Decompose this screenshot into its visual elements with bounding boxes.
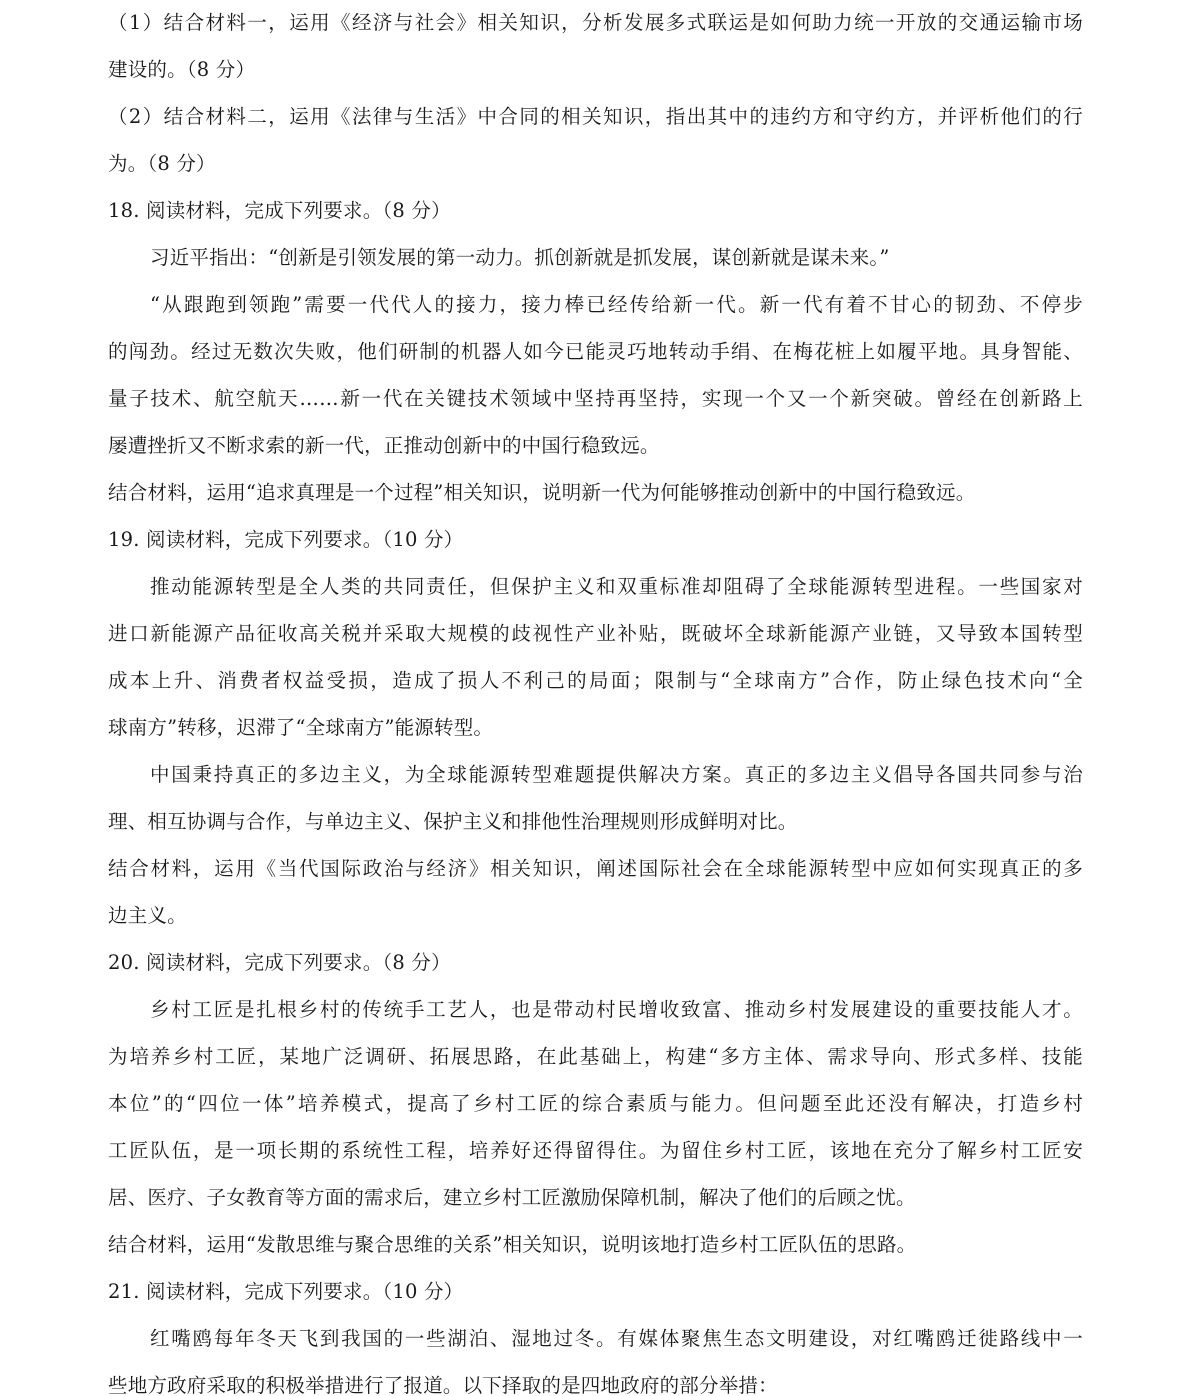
question-19-material-2-line-1: 中国秉持真正的多边主义，为全球能源转型难题提供解决方案。真正的多边主义倡导各国共… xyxy=(150,762,1083,788)
question-20-material-line-5: 居、医疗、子女教育等方面的需求后，建立乡村工匠激励保障机制，解决了他们的后顾之忧… xyxy=(108,1185,1083,1211)
question-18-material-line-2: 的闯劲。经过无数次失败，他们研制的机器人如今已能灵巧地转动手绢、在梅花桩上如履平… xyxy=(108,339,1083,365)
question-20-title: 20. 阅读材料，完成下列要求。（8 分） xyxy=(108,950,1083,976)
question-18-quote: 习近平指出：“创新是引领发展的第一动力。抓创新就是抓发展，谋创新就是谋未来。” xyxy=(150,245,1083,271)
question-20-material-line-3: 本位”的“四位一体”培养模式，提高了乡村工匠的综合素质与能力。但问题至此还没有解… xyxy=(108,1091,1083,1117)
question-18-prompt: 结合材料，运用“追求真理是一个过程”相关知识，说明新一代为何能够推动创新中的中国… xyxy=(108,480,1083,506)
question-19-title: 19. 阅读材料，完成下列要求。（10 分） xyxy=(108,527,1083,553)
question-17-part-2-line-2: 为。（8 分） xyxy=(108,151,1083,177)
question-21-title: 21. 阅读材料，完成下列要求。（10 分） xyxy=(108,1279,1083,1305)
question-18-title: 18. 阅读材料，完成下列要求。（8 分） xyxy=(108,198,1083,224)
question-20-prompt: 结合材料，运用“发散思维与聚合思维的关系”相关知识，说明该地打造乡村工匠队伍的思… xyxy=(108,1232,1083,1258)
question-19-prompt-line-1: 结合材料，运用《当代国际政治与经济》相关知识，阐述国际社会在全球能源转型中应如何… xyxy=(108,856,1083,882)
question-19-material-1-line-3: 成本上升、消费者权益受损，造成了损人不利己的局面；限制与“全球南方”合作，防止绿… xyxy=(108,668,1083,694)
question-17-part-1-line-2: 建设的。（8 分） xyxy=(108,57,1083,83)
question-17-part-2-line-1: （2）结合材料二，运用《法律与生活》中合同的相关知识，指出其中的违约方和守约方，… xyxy=(108,104,1083,130)
question-21-material-line-2: 些地方政府采取的积极举措进行了报道。以下择取的是四地政府的部分举措： xyxy=(108,1373,1083,1396)
question-18-material-line-3: 量子技术、航空航天……新一代在关键技术领域中坚持再坚持，实现一个又一个新突破。曾… xyxy=(108,386,1083,412)
question-19-material-1-line-2: 进口新能源产品征收高关税并采取大规模的歧视性产业补贴，既破坏全球新能源产业链，又… xyxy=(108,621,1083,647)
exam-page: （1）结合材料一，运用《经济与社会》相关知识，分析发展多式联运是如何助力统一开放… xyxy=(0,0,1190,1396)
question-20-material-line-4: 工匠队伍，是一项长期的系统性工程，培养好还得留得住。为留住乡村工匠，该地在充分了… xyxy=(108,1138,1083,1164)
question-20-material-line-2: 为培养乡村工匠，某地广泛调研、拓展思路，在此基础上，构建“多方主体、需求导向、形… xyxy=(108,1044,1083,1070)
question-18-material-line-4: 屡遭挫折又不断求索的新一代，正推动创新中的中国行稳致远。 xyxy=(108,433,1083,459)
question-18-material-line-1: “从跟跑到领跑”需要一代代人的接力，接力棒已经传给新一代。新一代有着不甘心的韧劲… xyxy=(150,292,1083,318)
question-19-material-2-line-2: 理、相互协调与合作，与单边主义、保护主义和排他性治理规则形成鲜明对比。 xyxy=(108,809,1083,835)
question-17-part-1-line-1: （1）结合材料一，运用《经济与社会》相关知识，分析发展多式联运是如何助力统一开放… xyxy=(108,10,1083,36)
question-19-material-1-line-1: 推动能源转型是全人类的共同责任，但保护主义和双重标准却阻碍了全球能源转型进程。一… xyxy=(150,574,1083,600)
question-20-material-line-1: 乡村工匠是扎根乡村的传统手工艺人，也是带动村民增收致富、推动乡村发展建设的重要技… xyxy=(150,997,1083,1023)
question-19-material-1-line-4: 球南方”转移，迟滞了“全球南方”能源转型。 xyxy=(108,715,1083,741)
question-21-material-line-1: 红嘴鸥每年冬天飞到我国的一些湖泊、湿地过冬。有媒体聚焦生态文明建设，对红嘴鸥迁徙… xyxy=(150,1326,1083,1352)
question-19-prompt-line-2: 边主义。 xyxy=(108,903,1083,929)
